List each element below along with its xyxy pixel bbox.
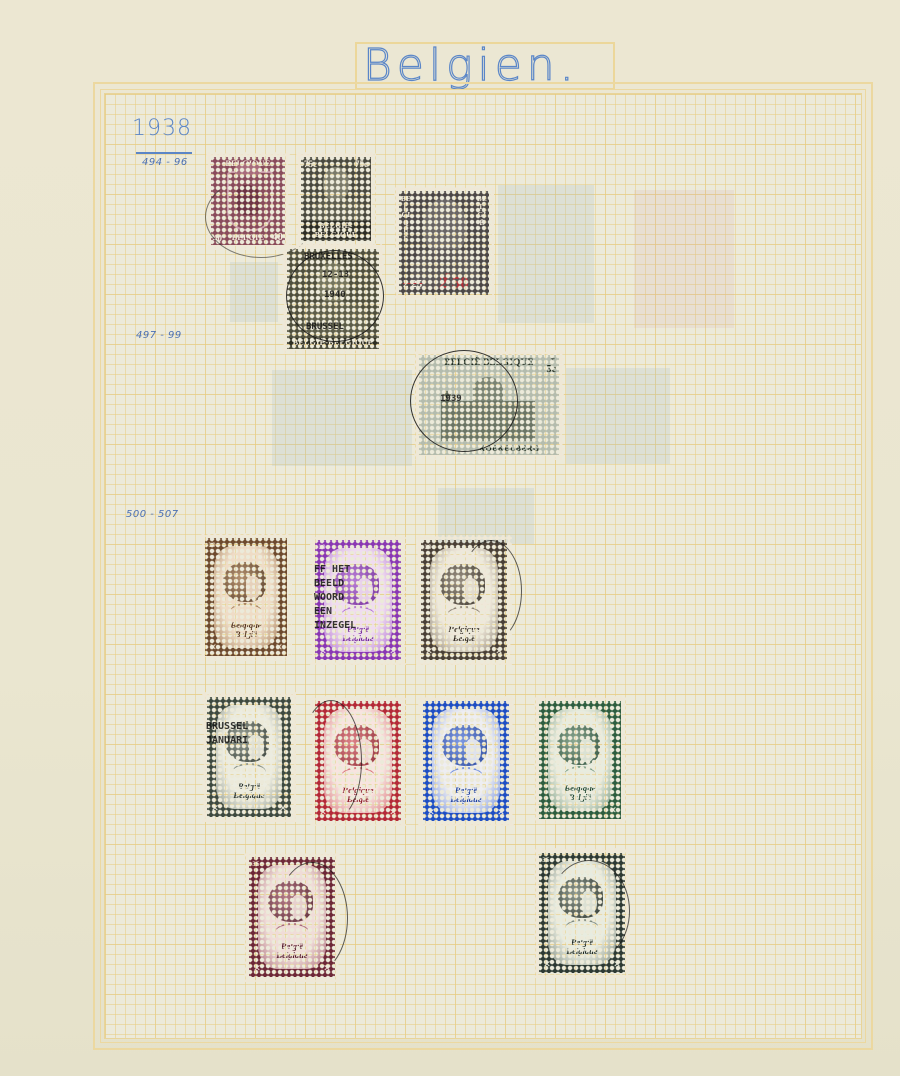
stamp-lion-coat-of-arms[interactable]: BELGIQUE 40 BELGIE 40 xyxy=(206,152,290,250)
corner-ornament-icon: ✕ xyxy=(210,804,220,814)
king-portrait-shoulders xyxy=(303,301,365,335)
stamp-value xyxy=(542,704,552,714)
overprint-value: 2 50 xyxy=(439,273,469,293)
stamp-country-line2: Belgique xyxy=(249,951,335,960)
stamp-leopold-bruxelles-cancel[interactable]: BELGIË-BELGIQUE xyxy=(282,244,384,354)
prince-portrait-collar xyxy=(275,923,309,942)
prince-portrait-collar xyxy=(449,767,483,786)
prince-portrait-face xyxy=(580,739,595,763)
prince-portrait-face xyxy=(246,576,261,600)
king-portrait-head xyxy=(323,167,349,201)
stamp-country-line2: Belgique xyxy=(315,634,401,643)
corner-ornament-icon: ✕ xyxy=(496,808,506,818)
stamp-country-line2: België xyxy=(205,630,287,639)
stamp-value: 75c xyxy=(355,159,368,169)
stamp-value xyxy=(426,704,436,714)
prince-portrait-collar xyxy=(232,763,266,782)
corner-ornament-icon: ✕ xyxy=(542,806,552,816)
stamp-prince-baudouin[interactable]: Belgique België ✕ ✕ 10c xyxy=(416,535,512,665)
stamp-prince-baudouin[interactable]: Belgique België ✕ ✕ xyxy=(534,696,626,824)
stamp-prince-baudouin[interactable]: België Belgique ✕ ✕ 35c xyxy=(534,848,630,978)
stamp-old-value: 2 25 xyxy=(403,278,422,290)
corner-ornament-icon: ✕ xyxy=(494,647,504,657)
prince-portrait-collar xyxy=(565,919,599,938)
stamp-prince-baudouin[interactable]: België Belgique ✕ ✕ 35c xyxy=(244,852,340,982)
corner-ornament-icon: ✕ xyxy=(424,647,434,657)
stamp-country-line2: Belgique xyxy=(207,791,291,800)
corner-ornament-icon: ✕ xyxy=(252,964,262,974)
corner-ornament-icon: ✕ xyxy=(426,808,436,818)
stamp-prince-baudouin[interactable]: België Belgique ✕ ✕ 10c xyxy=(310,535,406,665)
stamp-leopold-overprint-2f50[interactable]: BELGIQUE BELGIË 2 25 F 2 50 xyxy=(394,186,494,300)
stamp-value: 5c xyxy=(547,364,556,375)
basilica-dome xyxy=(473,377,503,403)
stamp-country-text: BELGIË xyxy=(477,195,487,227)
stamp-country-line2: België xyxy=(539,793,621,802)
stamp-value: 10c xyxy=(424,543,434,553)
stamp-country-line2: België xyxy=(315,795,401,804)
empty-mount-shadow xyxy=(230,262,278,322)
corner-ornament-icon: ✕ xyxy=(318,808,328,818)
empty-mount-shadow xyxy=(498,185,594,323)
stamp-value xyxy=(318,704,328,714)
corner-ornament-icon: ✕ xyxy=(274,643,284,653)
prince-portrait-collar xyxy=(564,766,597,785)
crown-icon xyxy=(235,163,261,175)
stamp-country-line2: Belgique xyxy=(539,947,625,956)
stamp-leopold-75c[interactable]: 75c 75c BELGIË-BELGIQUE xyxy=(296,152,376,246)
stamp-koekelberg-basilica[interactable]: BELGIË BELGIQUE + 5c KOEKELBERG xyxy=(414,350,564,460)
stamp-prince-baudouin[interactable]: Belgique België ✕ ✕ xyxy=(310,696,406,826)
stamp-prince-baudouin[interactable]: België Belgique ✕ ✕ xyxy=(418,696,514,826)
catalogue-range-label: 500 - 507 xyxy=(126,509,179,520)
corner-ornament-icon: ✕ xyxy=(388,808,398,818)
corner-ornament-icon: ✕ xyxy=(322,964,332,974)
catalogue-range-label: 497 - 99 xyxy=(136,330,182,341)
stamp-value: 35c xyxy=(252,860,262,870)
stamp-value: 10c xyxy=(318,543,328,553)
stamp-value xyxy=(210,700,220,710)
basilica-tower xyxy=(443,391,451,405)
empty-mount-shadow xyxy=(634,190,734,328)
stamp-caption: BELGIË-BELGIQUE xyxy=(287,338,379,347)
year-underline xyxy=(136,152,192,154)
corner-ornament-icon: ✕ xyxy=(278,804,288,814)
corner-ornament-icon: ✕ xyxy=(608,806,618,816)
prince-portrait-collar xyxy=(341,767,375,786)
corner-ornament-icon: ✕ xyxy=(612,960,622,970)
stamp-value: 75c xyxy=(304,159,317,169)
stamp-country-text: BELGIQUE xyxy=(401,195,411,243)
corner-ornament-icon: ✕ xyxy=(542,960,552,970)
prince-portrait-collar xyxy=(447,606,481,625)
stamp-surcharge: + xyxy=(550,355,555,364)
stamp-value: 35c xyxy=(542,856,552,866)
king-portrait-head xyxy=(317,263,349,303)
stamp-value: 40 xyxy=(272,231,283,243)
stamp-prince-baudouin[interactable]: Belgique België ✕ ✕ 10c xyxy=(200,533,292,661)
stamp-country-text: BELGIË BELGIQUE xyxy=(419,357,559,367)
prince-portrait-collar xyxy=(230,603,263,622)
empty-mount-shadow xyxy=(566,368,670,464)
king-portrait-head xyxy=(423,199,467,253)
corner-ornament-icon: ✕ xyxy=(388,647,398,657)
stamp-prince-baudouin[interactable]: België Belgique ✕ ✕ xyxy=(202,692,296,822)
empty-mount-shadow xyxy=(272,370,412,466)
corner-ornament-icon: ✕ xyxy=(208,643,218,653)
stamp-country-line2: België xyxy=(421,634,507,643)
catalogue-range-label: 494 - 96 xyxy=(142,157,188,168)
stamp-country-line2: Belgique xyxy=(423,795,509,804)
basilica-building xyxy=(441,401,535,441)
year-label: 1938 xyxy=(132,116,192,141)
prince-portrait-collar xyxy=(341,606,375,625)
lion-icon xyxy=(235,185,261,215)
corner-ornament-icon: ✕ xyxy=(318,647,328,657)
stamp-value: 10c xyxy=(208,541,218,551)
stamp-caption: BELGIË-BELGIQUE xyxy=(301,221,371,239)
stamp-caption: KOEKELBERG xyxy=(479,444,559,453)
